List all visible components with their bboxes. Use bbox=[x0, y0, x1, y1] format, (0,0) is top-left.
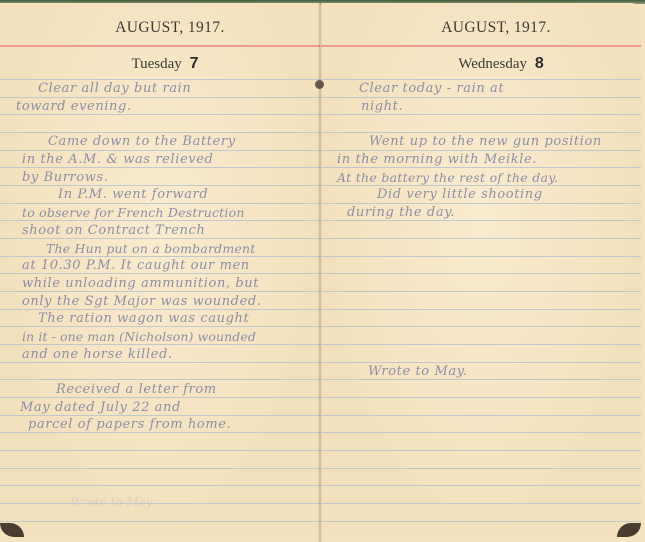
ruled-line bbox=[0, 97, 320, 98]
weekday-label: Tuesday bbox=[132, 56, 182, 72]
handwritten-line: while unloading ammunition, but bbox=[0, 276, 320, 291]
page-corner bbox=[0, 523, 24, 537]
day-header-right: Wednesday 8 bbox=[321, 55, 641, 73]
red-header-rule bbox=[0, 45, 320, 47]
ruled-line bbox=[321, 185, 641, 186]
diary-spread: AUGUST, 1917. Tuesday 7 Clear all day bbox=[0, 0, 645, 542]
handwritten-line: Clear all day but rain bbox=[0, 81, 320, 96]
handwritten-line: toward evening. bbox=[0, 99, 320, 114]
handwritten-line: and one horse killed. bbox=[0, 347, 320, 362]
handwritten-line: May dated July 22 and bbox=[0, 400, 320, 415]
handwritten-line: The ration wagon was caught bbox=[0, 311, 320, 326]
handwritten-line: night. bbox=[321, 99, 641, 114]
ruled-line bbox=[321, 415, 641, 416]
month-header-left: AUGUST, 1917. bbox=[0, 19, 320, 37]
handwritten-line: during the day. bbox=[321, 205, 641, 220]
month-header-right: AUGUST, 1917. bbox=[321, 19, 641, 37]
ruled-line bbox=[0, 150, 320, 151]
bleed-through-text: Wrote to May bbox=[70, 495, 153, 509]
ruled-line bbox=[321, 379, 641, 380]
ruled-line bbox=[0, 220, 320, 221]
handwritten-line: in the A.M. & was relieved bbox=[0, 152, 320, 167]
handwritten-line: The Hun put on a bombardment bbox=[0, 241, 320, 256]
ruled-line bbox=[0, 167, 320, 168]
ruled-line bbox=[0, 450, 320, 451]
handwritten-line: in the morning with Meikle. bbox=[321, 152, 641, 167]
ruled-line bbox=[321, 150, 641, 151]
ruled-line bbox=[321, 167, 641, 168]
ruled-line bbox=[321, 397, 641, 398]
ruled-line bbox=[321, 238, 641, 239]
handwritten-line: at 10.30 P.M. It caught our men bbox=[0, 258, 320, 273]
handwritten-line: At the battery the rest of the day. bbox=[321, 170, 641, 185]
page-corner bbox=[617, 523, 641, 537]
ruled-line bbox=[321, 273, 641, 274]
left-page: AUGUST, 1917. Tuesday 7 Clear all day bbox=[0, 3, 320, 537]
handwritten-line: Received a letter from bbox=[0, 382, 320, 397]
ruled-line bbox=[0, 362, 320, 363]
ruled-line bbox=[0, 238, 320, 239]
ruled-line bbox=[321, 468, 641, 469]
ruled-line bbox=[0, 185, 320, 186]
ruled-line bbox=[0, 273, 320, 274]
handwritten-line: in it - one man (Nicholson) wounded bbox=[0, 329, 320, 344]
ruled-line bbox=[0, 309, 320, 310]
day-header-left: Tuesday 7 bbox=[0, 55, 320, 73]
handwritten-line: Went up to the new gun position bbox=[321, 134, 641, 149]
ruled-line bbox=[0, 521, 320, 522]
ruled-line bbox=[321, 450, 641, 451]
ruled-line bbox=[0, 291, 320, 292]
right-page: AUGUST, 1917. Wednesday 8 Clear today bbox=[321, 3, 641, 537]
ruled-line bbox=[321, 291, 641, 292]
ruled-line bbox=[321, 79, 641, 80]
ruled-line bbox=[321, 485, 641, 486]
ruled-line bbox=[0, 485, 320, 486]
handwritten-line: Did very little shooting bbox=[321, 187, 641, 202]
ruled-line bbox=[0, 344, 320, 345]
ruled-line bbox=[0, 256, 320, 257]
ruled-line bbox=[321, 344, 641, 345]
ruled-line bbox=[0, 432, 320, 433]
ruled-line bbox=[0, 114, 320, 115]
handwritten-line: by Burrows. bbox=[0, 170, 320, 185]
ruled-line bbox=[0, 132, 320, 133]
ruled-line bbox=[0, 79, 320, 80]
ruled-line bbox=[321, 326, 641, 327]
handwritten-line: to observe for French Destruction bbox=[0, 205, 320, 220]
ruled-line bbox=[321, 203, 641, 204]
ruled-line bbox=[321, 97, 641, 98]
day-number: 7 bbox=[190, 55, 199, 72]
ruled-line bbox=[321, 503, 641, 504]
handwritten-line: In P.M. went forward bbox=[0, 187, 320, 202]
ruled-line bbox=[0, 203, 320, 204]
red-header-rule bbox=[321, 45, 641, 47]
handwritten-line: shoot on Contract Trench bbox=[0, 223, 320, 238]
handwritten-note: Wrote to May. bbox=[321, 364, 641, 379]
handwritten-line: Came down to the Battery bbox=[0, 134, 320, 149]
ruled-line bbox=[321, 362, 641, 363]
ruled-line bbox=[321, 256, 641, 257]
ruled-line bbox=[0, 397, 320, 398]
binding-stitch bbox=[315, 80, 324, 89]
handwritten-line: only the Sgt Major was wounded. bbox=[0, 294, 320, 309]
ruled-line bbox=[321, 132, 641, 133]
handwritten-line: Clear today - rain at bbox=[321, 81, 641, 96]
ruled-line bbox=[321, 220, 641, 221]
ruled-line bbox=[0, 326, 320, 327]
handwritten-line: parcel of papers from home. bbox=[0, 417, 320, 432]
ruled-line bbox=[321, 114, 641, 115]
weekday-label: Wednesday bbox=[458, 56, 527, 72]
ruled-line bbox=[0, 379, 320, 380]
ruled-line bbox=[0, 415, 320, 416]
day-number: 8 bbox=[535, 55, 544, 72]
ruled-line bbox=[0, 468, 320, 469]
ruled-line bbox=[0, 503, 320, 504]
ruled-line bbox=[321, 521, 641, 522]
ruled-line bbox=[321, 309, 641, 310]
ruled-line bbox=[321, 432, 641, 433]
